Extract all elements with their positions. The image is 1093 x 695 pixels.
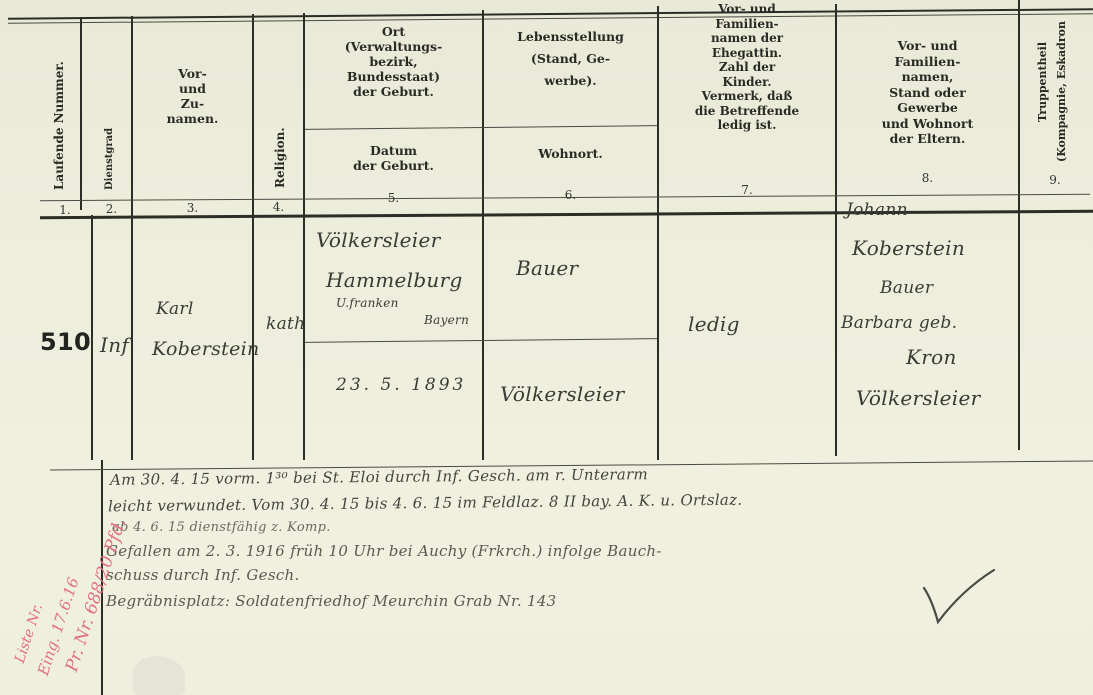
- col-number-1: 1.: [50, 203, 80, 217]
- entry-parents-residence: Völkersleier: [856, 386, 980, 410]
- entry-birthplace-region: U.franken: [336, 296, 399, 310]
- col-rule-8: [1018, 0, 1020, 450]
- remarks-line-6: Begräbnisplatz: Soldatenfriedhof Meurchi…: [106, 592, 557, 610]
- entry-rank: Inf: [100, 333, 129, 357]
- col-rule-1b: [91, 215, 93, 460]
- entry-first-name: Karl: [156, 299, 194, 319]
- col-rule-3: [252, 14, 254, 460]
- entry-religion: kath: [266, 314, 305, 334]
- header-truppentheil: Truppentheil: [1036, 42, 1049, 122]
- remarks-line-2: leicht verwundet. Vom 30. 4. 15 bis 4. 6…: [108, 491, 743, 516]
- col-number-7: 7.: [659, 183, 835, 197]
- header-datum-der-geburt: Datum der Geburt.: [305, 143, 482, 173]
- header-kompagnie: (Kompagnie, Eskadron: [1055, 21, 1068, 162]
- header-vor-und-zunamen: Vor- und Zu- namen.: [133, 66, 252, 126]
- entry-marital-status: ledig: [688, 312, 740, 336]
- birth-split-rule: [305, 338, 657, 343]
- entry-mother-maiden-name: Kron: [906, 345, 957, 369]
- remarks-line-4: Gefallen am 2. 3. 1916 früh 10 Uhr bei A…: [106, 542, 662, 560]
- entry-birthplace-village: Völkersleier: [316, 228, 440, 252]
- entry-birthplace-state: Bayern: [424, 313, 469, 327]
- register-page: Laufende Nummer. Dienstgrad Vor- und Zu-…: [0, 0, 1093, 695]
- header-wohnort: Wohnort.: [484, 146, 657, 161]
- col5-6-split-rule: [305, 125, 657, 130]
- entry-father-first-name: Johann: [846, 200, 908, 220]
- col-number-5: 5.: [305, 191, 482, 205]
- header-ort-der-geburt: Ort (Verwaltungs- bezirk, Bundesstaat) d…: [305, 24, 482, 99]
- col-number-8: 8.: [837, 171, 1018, 185]
- entry-birthplace-district: Hammelburg: [326, 268, 463, 292]
- header-dienstgrad: Dienstgrad: [104, 128, 115, 190]
- header-laufende-nummer: Laufende Nummer.: [52, 61, 66, 190]
- entry-surname: Koberstein: [152, 338, 260, 360]
- header-lebensstellung: Lebensstellung (Stand, Ge- werbe).: [484, 26, 657, 92]
- entry-father-surname: Koberstein: [852, 236, 965, 260]
- entry-residence: Völkersleier: [500, 382, 624, 406]
- header-eltern: Vor- und Familien- namen, Stand oder Gew…: [837, 38, 1018, 147]
- col-number-6: 6.: [484, 188, 657, 202]
- check-mark-icon: [922, 566, 997, 626]
- header-religion: Religion.: [273, 127, 287, 188]
- remarks-line-3: ab 4. 6. 15 dienstfähig z. Komp.: [112, 520, 331, 535]
- col-number-9: 9.: [1020, 173, 1090, 187]
- entry-father-occupation: Bauer: [880, 278, 933, 298]
- col-number-2: 2.: [92, 202, 131, 216]
- col-rule-1: [80, 17, 82, 210]
- entry-occupation: Bauer: [516, 256, 578, 280]
- header-ehegattin: Vor- und Familien- namen der Ehegattin. …: [659, 2, 835, 133]
- entry-mother-name: Barbara geb.: [841, 313, 957, 333]
- entry-birth-date: 23. 5. 1893: [336, 375, 466, 395]
- remarks-line-5: schuss durch Inf. Gesch.: [106, 566, 300, 584]
- entry-number: 510: [40, 328, 91, 356]
- col-number-3: 3.: [133, 201, 252, 215]
- col-number-4: 4.: [254, 200, 303, 214]
- paper-smudge: [133, 656, 185, 695]
